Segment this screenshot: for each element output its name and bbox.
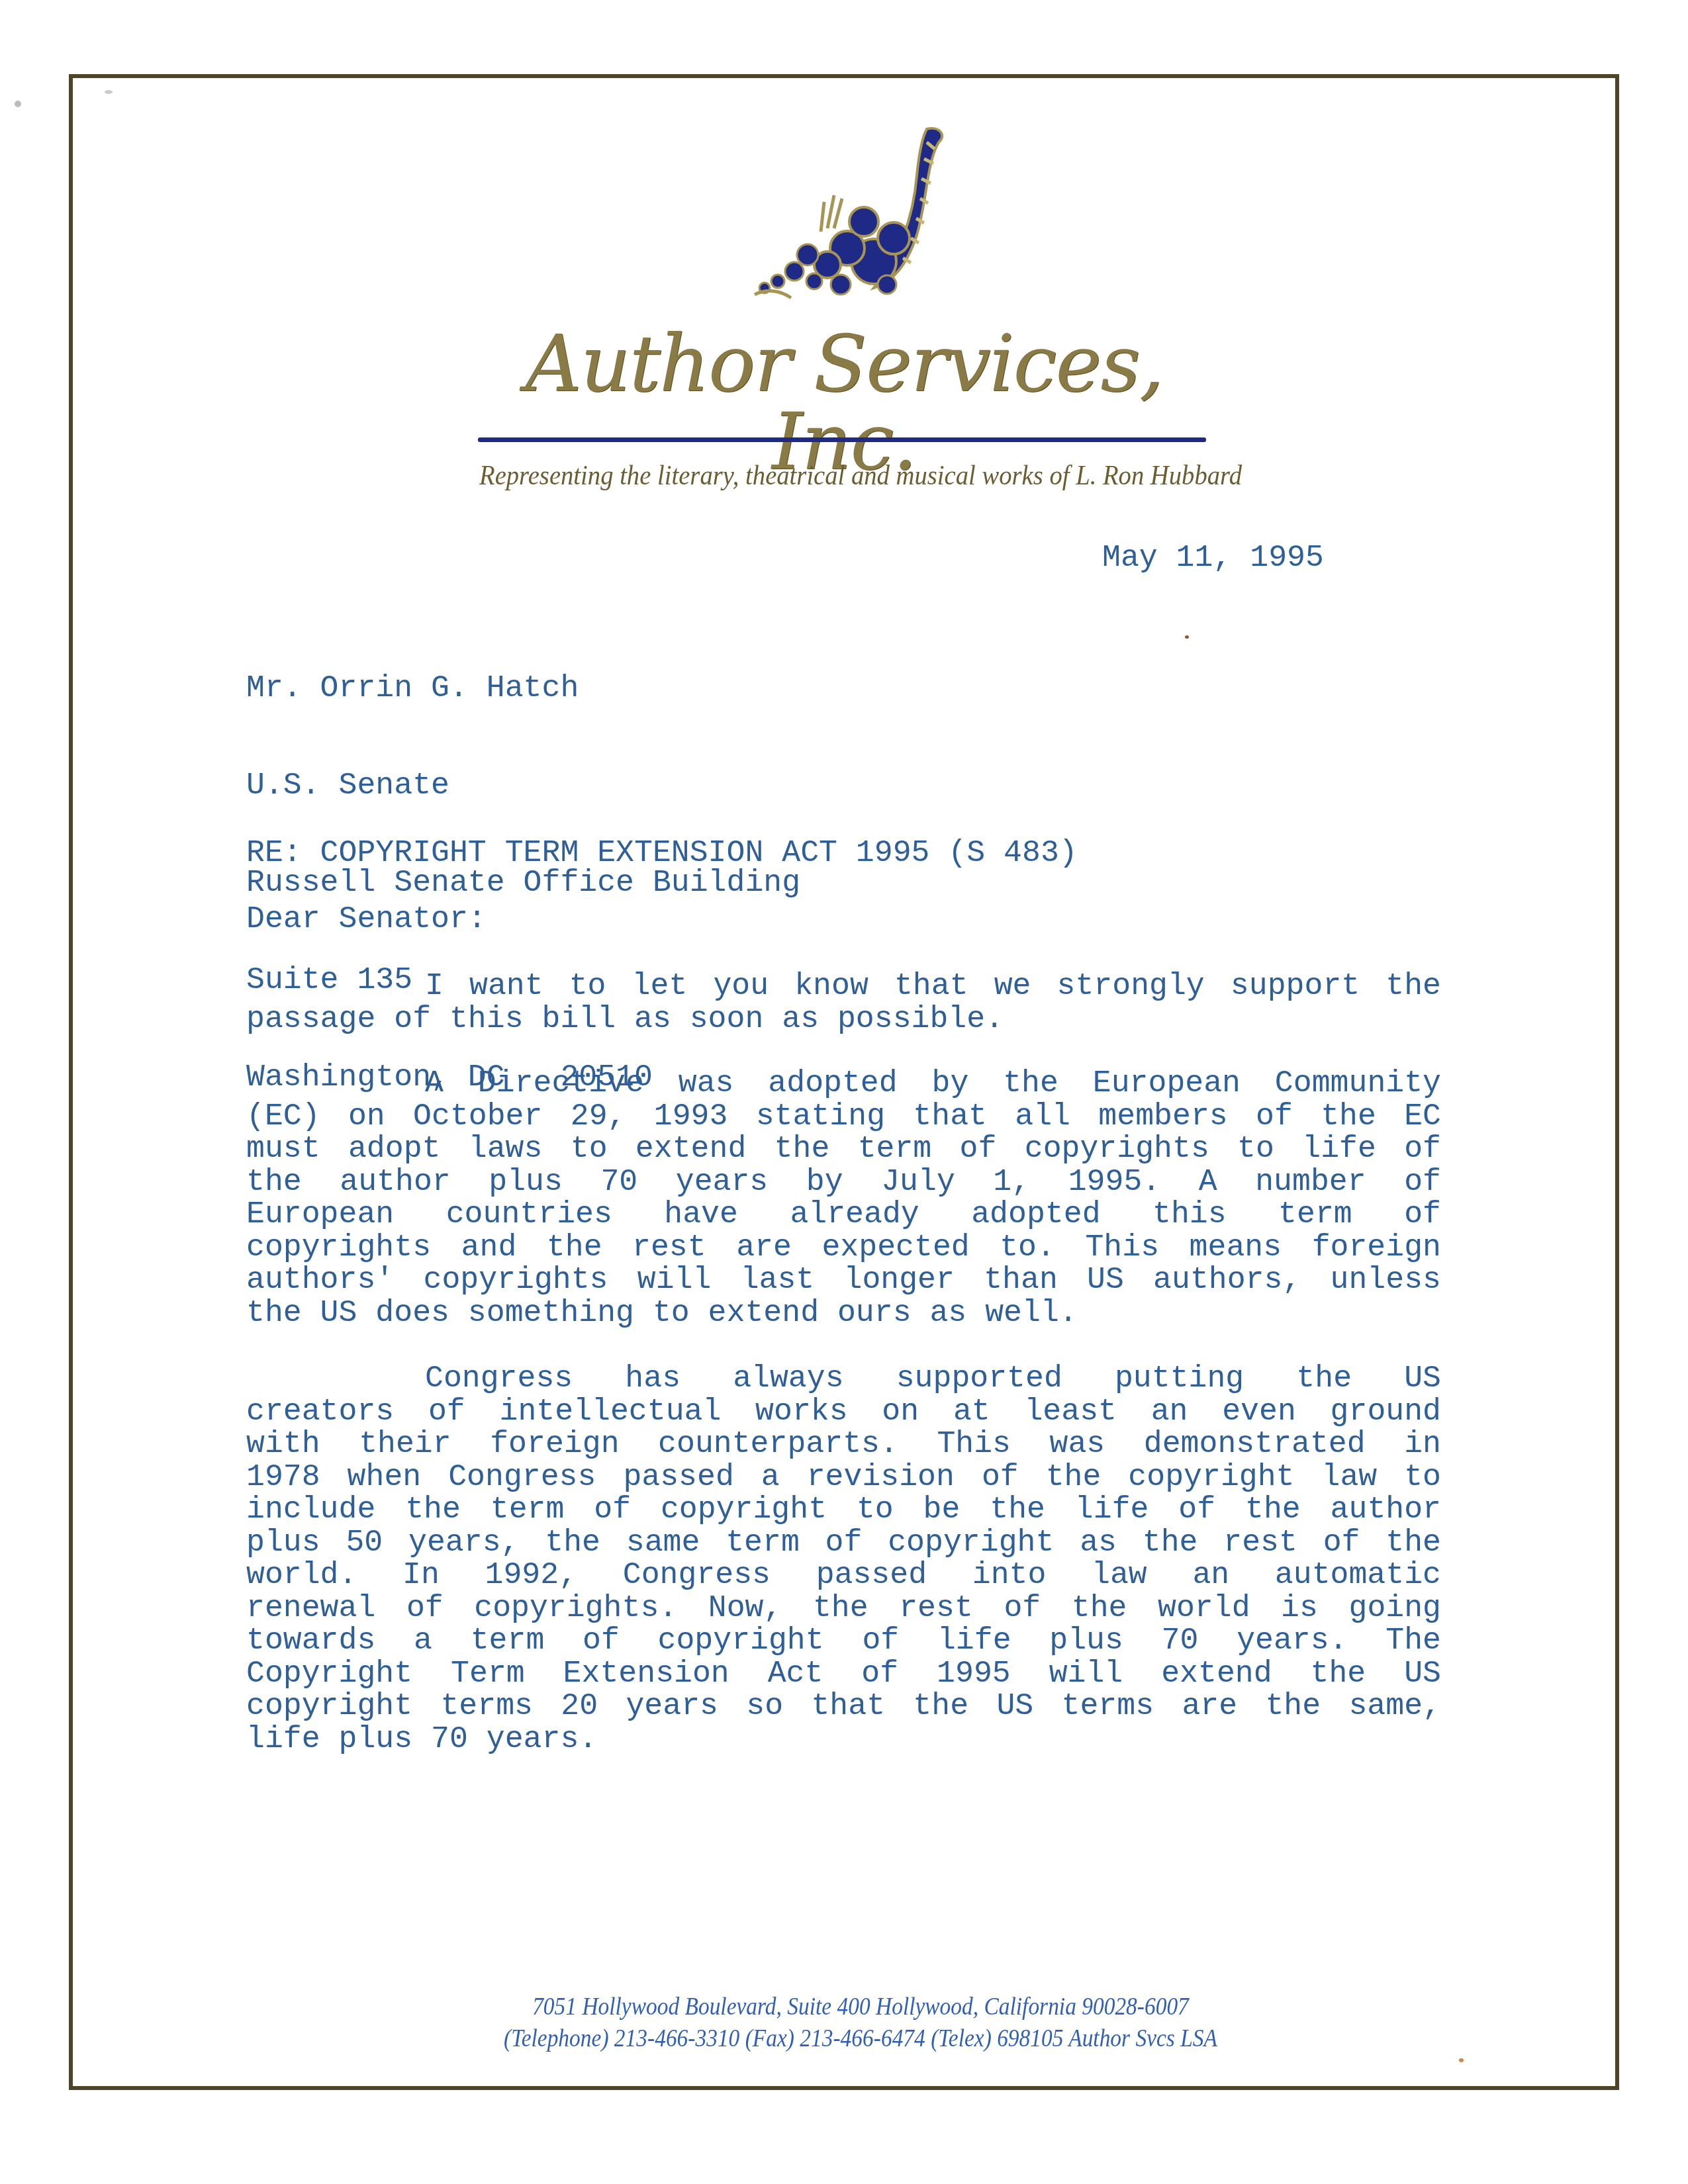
paragraph-line: with their foreign counterparts. This wa… — [246, 1428, 1441, 1461]
paragraph-line: the US does something to extend ours as … — [246, 1297, 1441, 1330]
scan-speck — [1459, 2058, 1464, 2062]
paragraph-line: world. In 1992, Congress passed into law… — [246, 1559, 1441, 1592]
address-line: U.S. Senate — [246, 769, 800, 801]
paragraph-line: towards a term of copyright of life plus… — [246, 1624, 1441, 1657]
paragraph-line: copyrights and the rest are expected to.… — [246, 1231, 1441, 1264]
scan-speck — [1185, 635, 1189, 639]
paragraph-line: Copyright Term Extension Act of 1995 wil… — [246, 1657, 1441, 1690]
company-name: Author Services, Inc. — [463, 324, 1225, 480]
paragraph-line: (EC) on October 29, 1993 stating that al… — [246, 1100, 1441, 1133]
paragraph-line: creators of intellectual works on at lea… — [246, 1395, 1441, 1428]
address-line: Mr. Orrin G. Hatch — [246, 672, 800, 704]
scan-speck — [15, 101, 21, 107]
address-line: Russell Senate Office Building — [246, 866, 800, 899]
paragraph-line: 1978 when Congress passed a revision of … — [246, 1461, 1441, 1494]
paragraph-line: life plus 70 years. — [246, 1723, 1441, 1756]
paragraph-line: I want to let you know that we strongly … — [246, 970, 1441, 1003]
paragraph-line: Congress has always supported putting th… — [246, 1362, 1441, 1395]
paragraph-line: A Directive was adopted by the European … — [246, 1067, 1441, 1100]
cornucopia-icon — [728, 122, 966, 321]
paragraph-3: Congress has always supported putting th… — [246, 1362, 1441, 1755]
paragraph-line: authors' copyrights will last longer tha… — [246, 1263, 1441, 1297]
footer-address: 7051 Hollywood Boulevard, Suite 400 Holl… — [453, 1992, 1268, 2021]
letter-date: May 11, 1995 — [1102, 541, 1324, 574]
paragraph-line: copyright terms 20 years so that the US … — [246, 1690, 1441, 1723]
paragraph-line: plus 50 years, the same term of copyrigh… — [246, 1526, 1441, 1559]
company-name-underline — [478, 437, 1206, 442]
footer-contact: (Telephone) 213-466-3310 (Fax) 213-466-6… — [453, 2024, 1268, 2053]
subject-line: RE: COPYRIGHT TERM EXTENSION ACT 1995 (S… — [246, 837, 1078, 869]
paragraph-line: include the term of copyright to be the … — [246, 1493, 1441, 1526]
salutation: Dear Senator: — [246, 903, 487, 935]
paragraph-line: passage of this bill as soon as possible… — [246, 1003, 1441, 1036]
paragraph-1: I want to let you know that we strongly … — [246, 970, 1441, 1035]
paragraph-line: the author plus 70 years by July 1, 1995… — [246, 1165, 1441, 1199]
tagline: Representing the literary, theatrical an… — [404, 460, 1317, 492]
paragraph-line: must adopt laws to extend the term of co… — [246, 1132, 1441, 1165]
paragraph-2: A Directive was adopted by the European … — [246, 1067, 1441, 1329]
scan-speck — [105, 90, 113, 94]
paragraph-line: European countries have already adopted … — [246, 1198, 1441, 1231]
paragraph-line: renewal of copyrights. Now, the rest of … — [246, 1592, 1441, 1625]
